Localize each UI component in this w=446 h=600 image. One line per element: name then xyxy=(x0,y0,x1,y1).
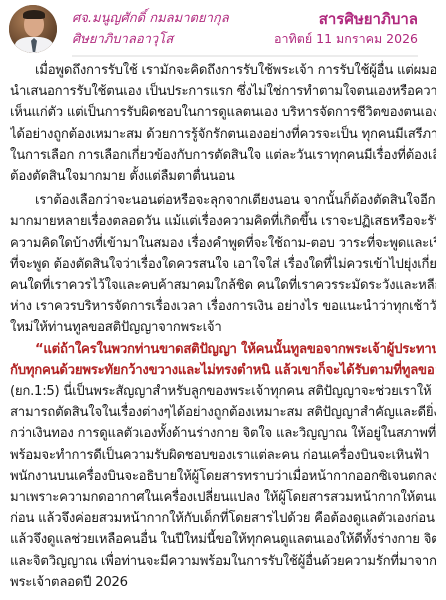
header-divider xyxy=(72,55,418,57)
text-line: มาเพราะความกดอากาศในเครื่องเปลี่ยนแปลง ใ… xyxy=(10,487,436,508)
text-line: มากมายหลายเรื่องตลอดวัน แม้แต่เรื่องความ… xyxy=(10,211,436,232)
text-line: ความคิดใดบ้างที่เข้ามาในสมอง เรื่องคำพูด… xyxy=(10,233,436,254)
author-name: ศจ.มนูญศักดิ์ กมลมาตยากุล xyxy=(72,7,229,28)
text-line: และจิตวิญญาณ เพื่อท่านจะมีความพร้อมในการ… xyxy=(10,551,436,572)
paragraph-1: เมื่อพูดถึงการรับใช้ เรามักจะคิดถึงการรั… xyxy=(10,60,436,187)
publication-date: อาทิตย์ 11 มกราคม 2026 xyxy=(274,29,418,49)
author-avatar xyxy=(9,5,57,53)
paragraph-2: เราต้องเลือกว่าจะนอนต่อหรือจะลุกจากเตียง… xyxy=(10,190,436,338)
quote-line: กับทุกคนด้วยพระทัยกว้างขวางและไม่ทรงตำหน… xyxy=(10,360,436,381)
text-line: ก่อน แล้วจึงค่อยสวมหน้ากากให้กับเด็กที่โ… xyxy=(10,508,436,529)
text-line: พร้อมจะทำการดีเป็นความรับผิดชอบของเราแต่… xyxy=(10,445,436,466)
article-body: เมื่อพูดถึงการรับใช้ เรามักจะคิดถึงการรั… xyxy=(10,60,436,593)
text-line: ได้อย่างถูกต้องเหมาะสม ด้วยการรู้จักรักต… xyxy=(10,124,436,145)
text-line: นำเสนอการรับใช้ตนเอง เป็นประการแรก ซึ่งไ… xyxy=(10,81,436,102)
text-line: เมื่อพูดถึงการรับใช้ เรามักจะคิดถึงการรั… xyxy=(10,60,436,81)
article-header: ศจ.มนูญศักดิ์ กมลมาตยากุล ศิษยาภิบาลอาวุ… xyxy=(0,0,446,56)
text-line: พระเจ้าตลอดปี 2026 xyxy=(10,572,436,593)
text-line: สามารถตัดสินใจในเรื่องต่างๆได้อย่างถูกต้… xyxy=(10,402,436,423)
paragraph-3: (ยก.1:5) นี่เป็นพระสัญญาสำหรับลูกของพระเ… xyxy=(10,381,436,593)
scripture-quote: “แต่ถ้าใครในพวกท่านขาดสติปัญญา ให้คนนั้น… xyxy=(10,339,436,381)
text-line: เห็นแก่ตัว แต่เป็นการรับผิดชอบในการดูแลต… xyxy=(10,102,436,123)
publication-title: สารศิษยาภิบาล xyxy=(319,7,418,31)
author-role: ศิษยาภิบาลอาวุโส xyxy=(72,28,173,49)
text-line: (ยก.1:5) นี่เป็นพระสัญญาสำหรับลูกของพระเ… xyxy=(10,381,436,402)
text-line: กว่าเงินทอง การดูแลตัวเองทั้งด้านร่างกาย… xyxy=(10,423,436,444)
text-line: เราต้องเลือกว่าจะนอนต่อหรือจะลุกจากเตียง… xyxy=(10,190,436,211)
text-line: แล้วจึงดูแลช่วยเหลือคนอื่น ในปีใหม่นี้ขอ… xyxy=(10,529,436,550)
text-line: ใหม่ให้ท่านทูลขอสติปัญญาจากพระเจ้า xyxy=(10,317,436,338)
text-line: ในการเลือก การเลือกเกี่ยวข้องกับการตัดสิ… xyxy=(10,145,436,166)
quote-line: “แต่ถ้าใครในพวกท่านขาดสติปัญญา ให้คนนั้น… xyxy=(10,339,436,360)
text-line: ห่าง เราควรบริหารจัดการเรื่องเวลา เรื่อง… xyxy=(10,296,436,317)
text-line: ต้องตัดสินใจมากมาย ตั้งแต่ลืมตาตื่นนอน xyxy=(10,166,436,187)
text-line: คนใดที่เราควรไว้ใจและคบค้าสมาคมใกล้ชิด ค… xyxy=(10,275,436,296)
text-line: ที่จะพูด ต้องตัดสินใจว่าเรื่องใดควรสนใจ … xyxy=(10,254,436,275)
text-line: พนักงานบนเครื่องบินจะอธิบายให้ผู้โดยสารท… xyxy=(10,466,436,487)
